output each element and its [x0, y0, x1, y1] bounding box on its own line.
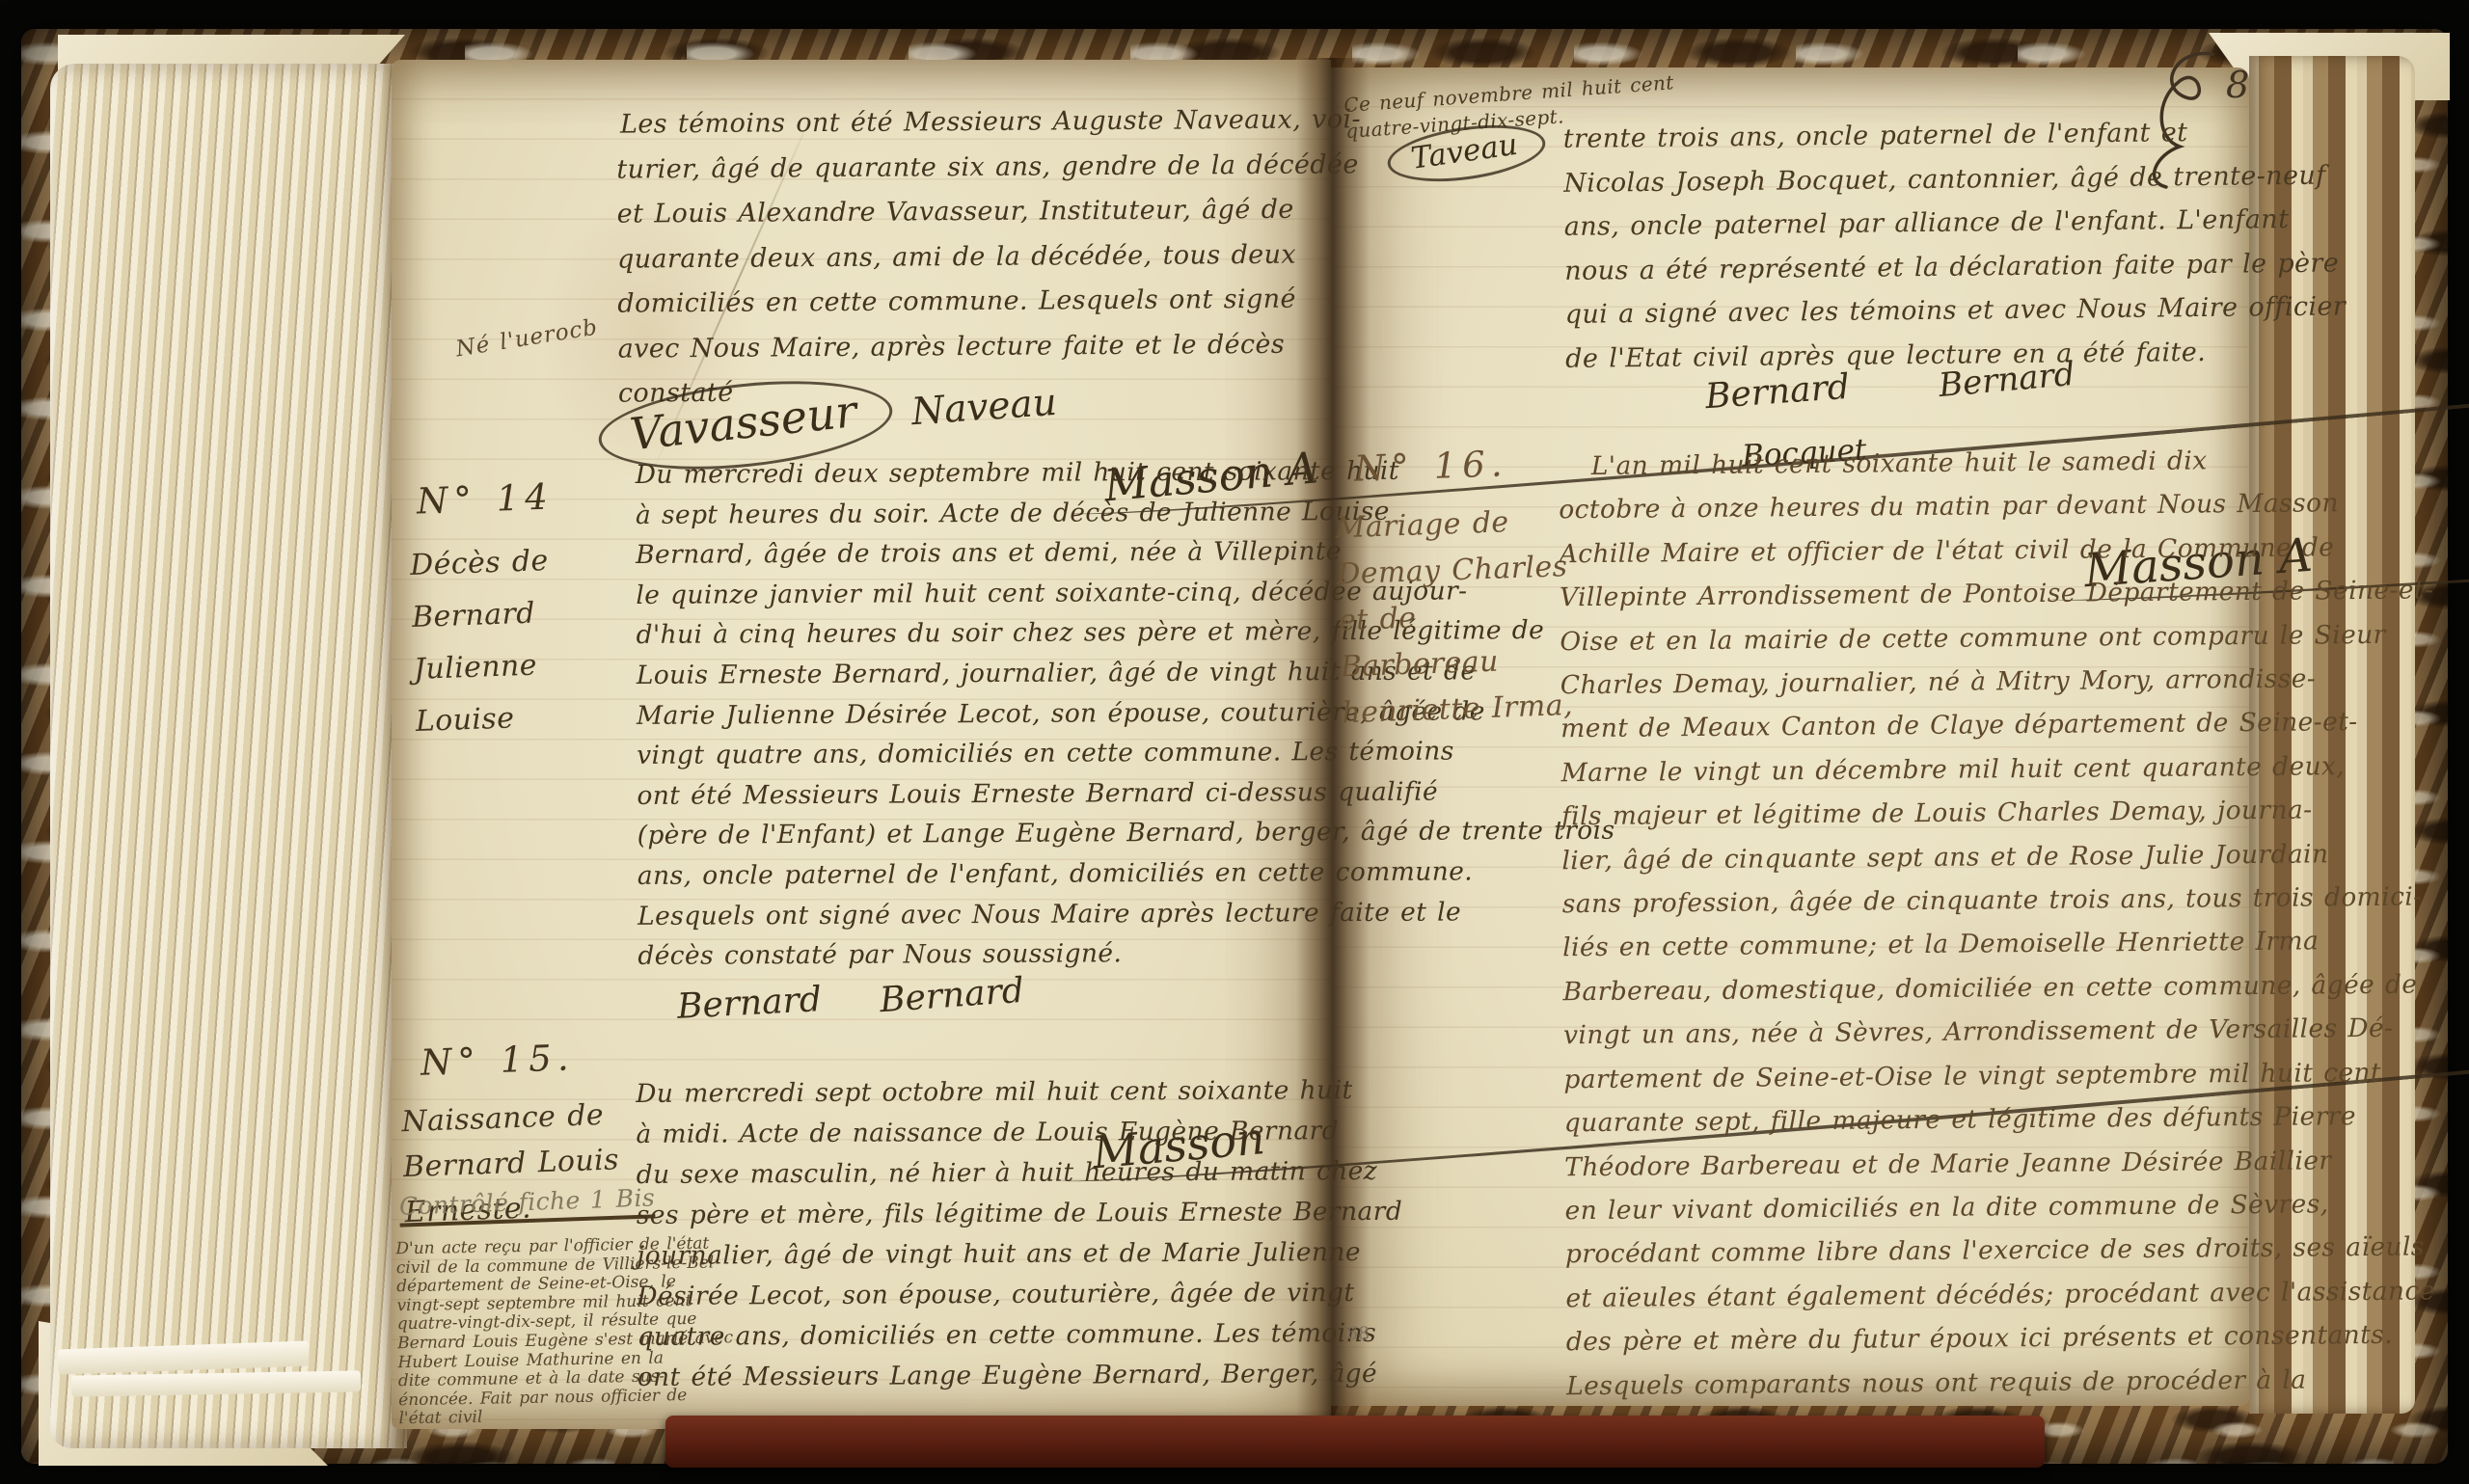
handwritten-line: procédant comme libre dans l'exercice de… — [1565, 1227, 2287, 1277]
margin-line: Naissance de — [401, 1092, 634, 1145]
handwritten-line: sans profession, âgée de cinquante trois… — [1562, 877, 2284, 927]
handwritten-line: turier, âgé de quarante six ans, gendre … — [616, 143, 1335, 193]
handwritten-line: Barbereau, domestique, domiciliée en cet… — [1562, 964, 2284, 1014]
handwritten-line: et aïeules étant également décédés; proc… — [1565, 1270, 2287, 1320]
margin-line: Julienne Louise — [413, 636, 638, 748]
margin-line: henriette Irma, — [1342, 683, 1585, 738]
handwritten-line: qui a signé avec les témoins et avec Nou… — [1564, 285, 2280, 337]
handwritten-line: partement de Seine-et-Oise le vingt sept… — [1563, 1051, 2285, 1101]
handwritten-line: Nicolas Joseph Bocquet, cantonnier, âgé … — [1563, 154, 2279, 205]
margin-line: Bernard Louis — [402, 1137, 635, 1190]
margin-line: Mariage de — [1335, 498, 1578, 553]
margin-line: Décès de — [409, 532, 633, 592]
handwritten-line: à sept heures du soir. Acte de décès de … — [636, 492, 1349, 535]
handwritten-line: trente trois ans, oncle paternel de l'en… — [1563, 110, 2279, 161]
handwritten-line: octobre à onze heures du matin par devan… — [1559, 482, 2280, 532]
handwritten-line: d'hui à cinq heures du soir chez ses pèr… — [636, 611, 1349, 655]
handwritten-line: Marne le vingt un décembre mil huit cent… — [1560, 745, 2282, 796]
handwritten-line: le quinze janvier mil huit cent soixante… — [636, 572, 1349, 615]
handwritten-line: Lesquels ont signé avec Nous Maire après… — [638, 893, 1351, 936]
handwritten-line: des père et mère du futur époux ici prés… — [1566, 1314, 2288, 1364]
handwritten-line: vingt un ans, née à Sèvres, Arrondisseme… — [1563, 1008, 2285, 1058]
handwritten-line: Achille Maire et officier de l'état civi… — [1559, 526, 2280, 577]
handwritten-line: (père de l'Enfant) et Lange Eugène Berna… — [638, 812, 1351, 855]
handwritten-line: Marie Julienne Désirée Lecot, son épouse… — [637, 692, 1350, 736]
margin-line: Demay Charles — [1337, 544, 1580, 599]
scanned-register-photo: { "document": { "type": "registre d'état… — [0, 0, 2469, 1484]
page-stack-left-edge — [50, 64, 407, 1448]
handwritten-line: quarante sept, fille majeure et légitime… — [1564, 1095, 2286, 1146]
signature-bernard-father: Bernard — [676, 980, 823, 1027]
handwritten-line: liés en cette commune; et la Demoiselle … — [1562, 920, 2284, 970]
handwritten-line: Villepinte Arrondissement de Pontoise Dé… — [1560, 570, 2281, 620]
handwritten-line: Théodore Barbereau et de Marie Jeanne Dé… — [1564, 1139, 2286, 1189]
handwritten-line: fils majeur et légitime de Louis Charles… — [1561, 789, 2283, 839]
handwritten-line: Du mercredi deux septembre mil huit cent… — [636, 451, 1349, 495]
handwritten-line: ans, oncle paternel de l'enfant, domicil… — [638, 852, 1351, 896]
spine-leather-bottom — [665, 1416, 2045, 1468]
handwritten-line: L'an mil huit cent soixante huit le same… — [1591, 439, 2280, 489]
entry14-margin-title: Décès deBernardJulienne Louise — [409, 532, 638, 748]
handwritten-line: ont été Messieurs Lange Eugène Bernard, … — [638, 1354, 1351, 1398]
entry16-body-text: L'an mil huit cent soixante huit le same… — [1559, 439, 2289, 1408]
right-continuation-text: trente trois ans, oncle paternel de l'en… — [1563, 110, 2282, 381]
handwritten-line: du sexe masculin, né hier à huit heures … — [637, 1151, 1350, 1196]
handwritten-line: ans, oncle paternel par alliance de l'en… — [1564, 198, 2280, 249]
left-continuation-text: Les témoins ont été Messieurs Auguste Na… — [616, 97, 1337, 417]
handwritten-line: Charles Demay, journalier, né à Mitry Mo… — [1560, 658, 2282, 708]
handwritten-line: en leur vivant domiciliés en la dite com… — [1564, 1183, 2286, 1233]
handwritten-line: vingt quatre ans, domiciliés en cette co… — [637, 732, 1350, 775]
handwritten-line: décès constaté par Nous soussigné. — [638, 932, 1351, 976]
entry15-body-text: Du mercredi sept octobre mil huit cent s… — [636, 1070, 1351, 1398]
handwritten-line: Du mercredi sept octobre mil huit cent s… — [636, 1070, 1349, 1115]
handwritten-line: Louis Erneste Bernard, journalier, âgé d… — [637, 652, 1350, 695]
handwritten-line: de l'Etat civil après que lecture en a é… — [1565, 330, 2281, 381]
handwritten-line: Lesquels comparants nous ont requis de p… — [1566, 1358, 2288, 1408]
folio-number-top: 8 — [2226, 64, 2250, 106]
handwritten-line: ont été Messieurs Louis Erneste Bernard … — [637, 772, 1350, 816]
entry14-number: N° 14 — [416, 476, 554, 523]
handwritten-line: lier, âgé de cinquante sept ans et de Ro… — [1561, 832, 2283, 882]
handwritten-line: quatre ans, domiciliés en cette commune.… — [637, 1313, 1350, 1358]
handwritten-line: Désirée Lecot, son épouse, couturière, â… — [637, 1273, 1350, 1317]
handwritten-line: à midi. Acte de naissance de Louis Eugèn… — [636, 1111, 1349, 1155]
folio-number-bottom: 68 — [1346, 1323, 1370, 1344]
handwritten-line: avec Nous Maire, après lecture faite et … — [617, 322, 1336, 372]
handwritten-line: domiciliés en cette commune. Lesquels on… — [617, 277, 1336, 327]
handwritten-line: ment de Meaux Canton de Claye départemen… — [1560, 701, 2282, 751]
entry14-body-text: Du mercredi deux septembre mil huit cent… — [636, 451, 1352, 977]
handwritten-line: Les témoins ont été Messieurs Auguste Na… — [620, 97, 1335, 148]
handwritten-line: quarante deux ans, ami de la décédée, to… — [617, 232, 1336, 283]
handwritten-line: Oise et en la mairie de cette commune on… — [1560, 613, 2281, 663]
handwritten-line: et Louis Alexandre Vavasseur, Instituteu… — [617, 187, 1336, 237]
entry15-number: N° 15. — [420, 1037, 575, 1084]
margin-line: Bernard — [411, 584, 635, 644]
entry16-margin-title: Mariage deDemay Charleset de Barbereauhe… — [1335, 498, 1584, 738]
handwritten-line: nous a été représenté et la déclaration … — [1564, 242, 2280, 293]
marginal-mention-text: D'un acte reçu par l'officier de l'étatc… — [395, 1236, 651, 1429]
margin-line: et de Barbereau — [1338, 590, 1582, 691]
handwritten-line: ses père et mère, fils légitime de Louis… — [637, 1192, 1350, 1236]
handwritten-line: journalier, âgé de vingt huit ans et de … — [637, 1232, 1350, 1277]
entry16-number: N° 16. — [1353, 443, 1508, 490]
handwritten-line: Bernard, âgée de trois ans et demi, née … — [636, 531, 1349, 575]
